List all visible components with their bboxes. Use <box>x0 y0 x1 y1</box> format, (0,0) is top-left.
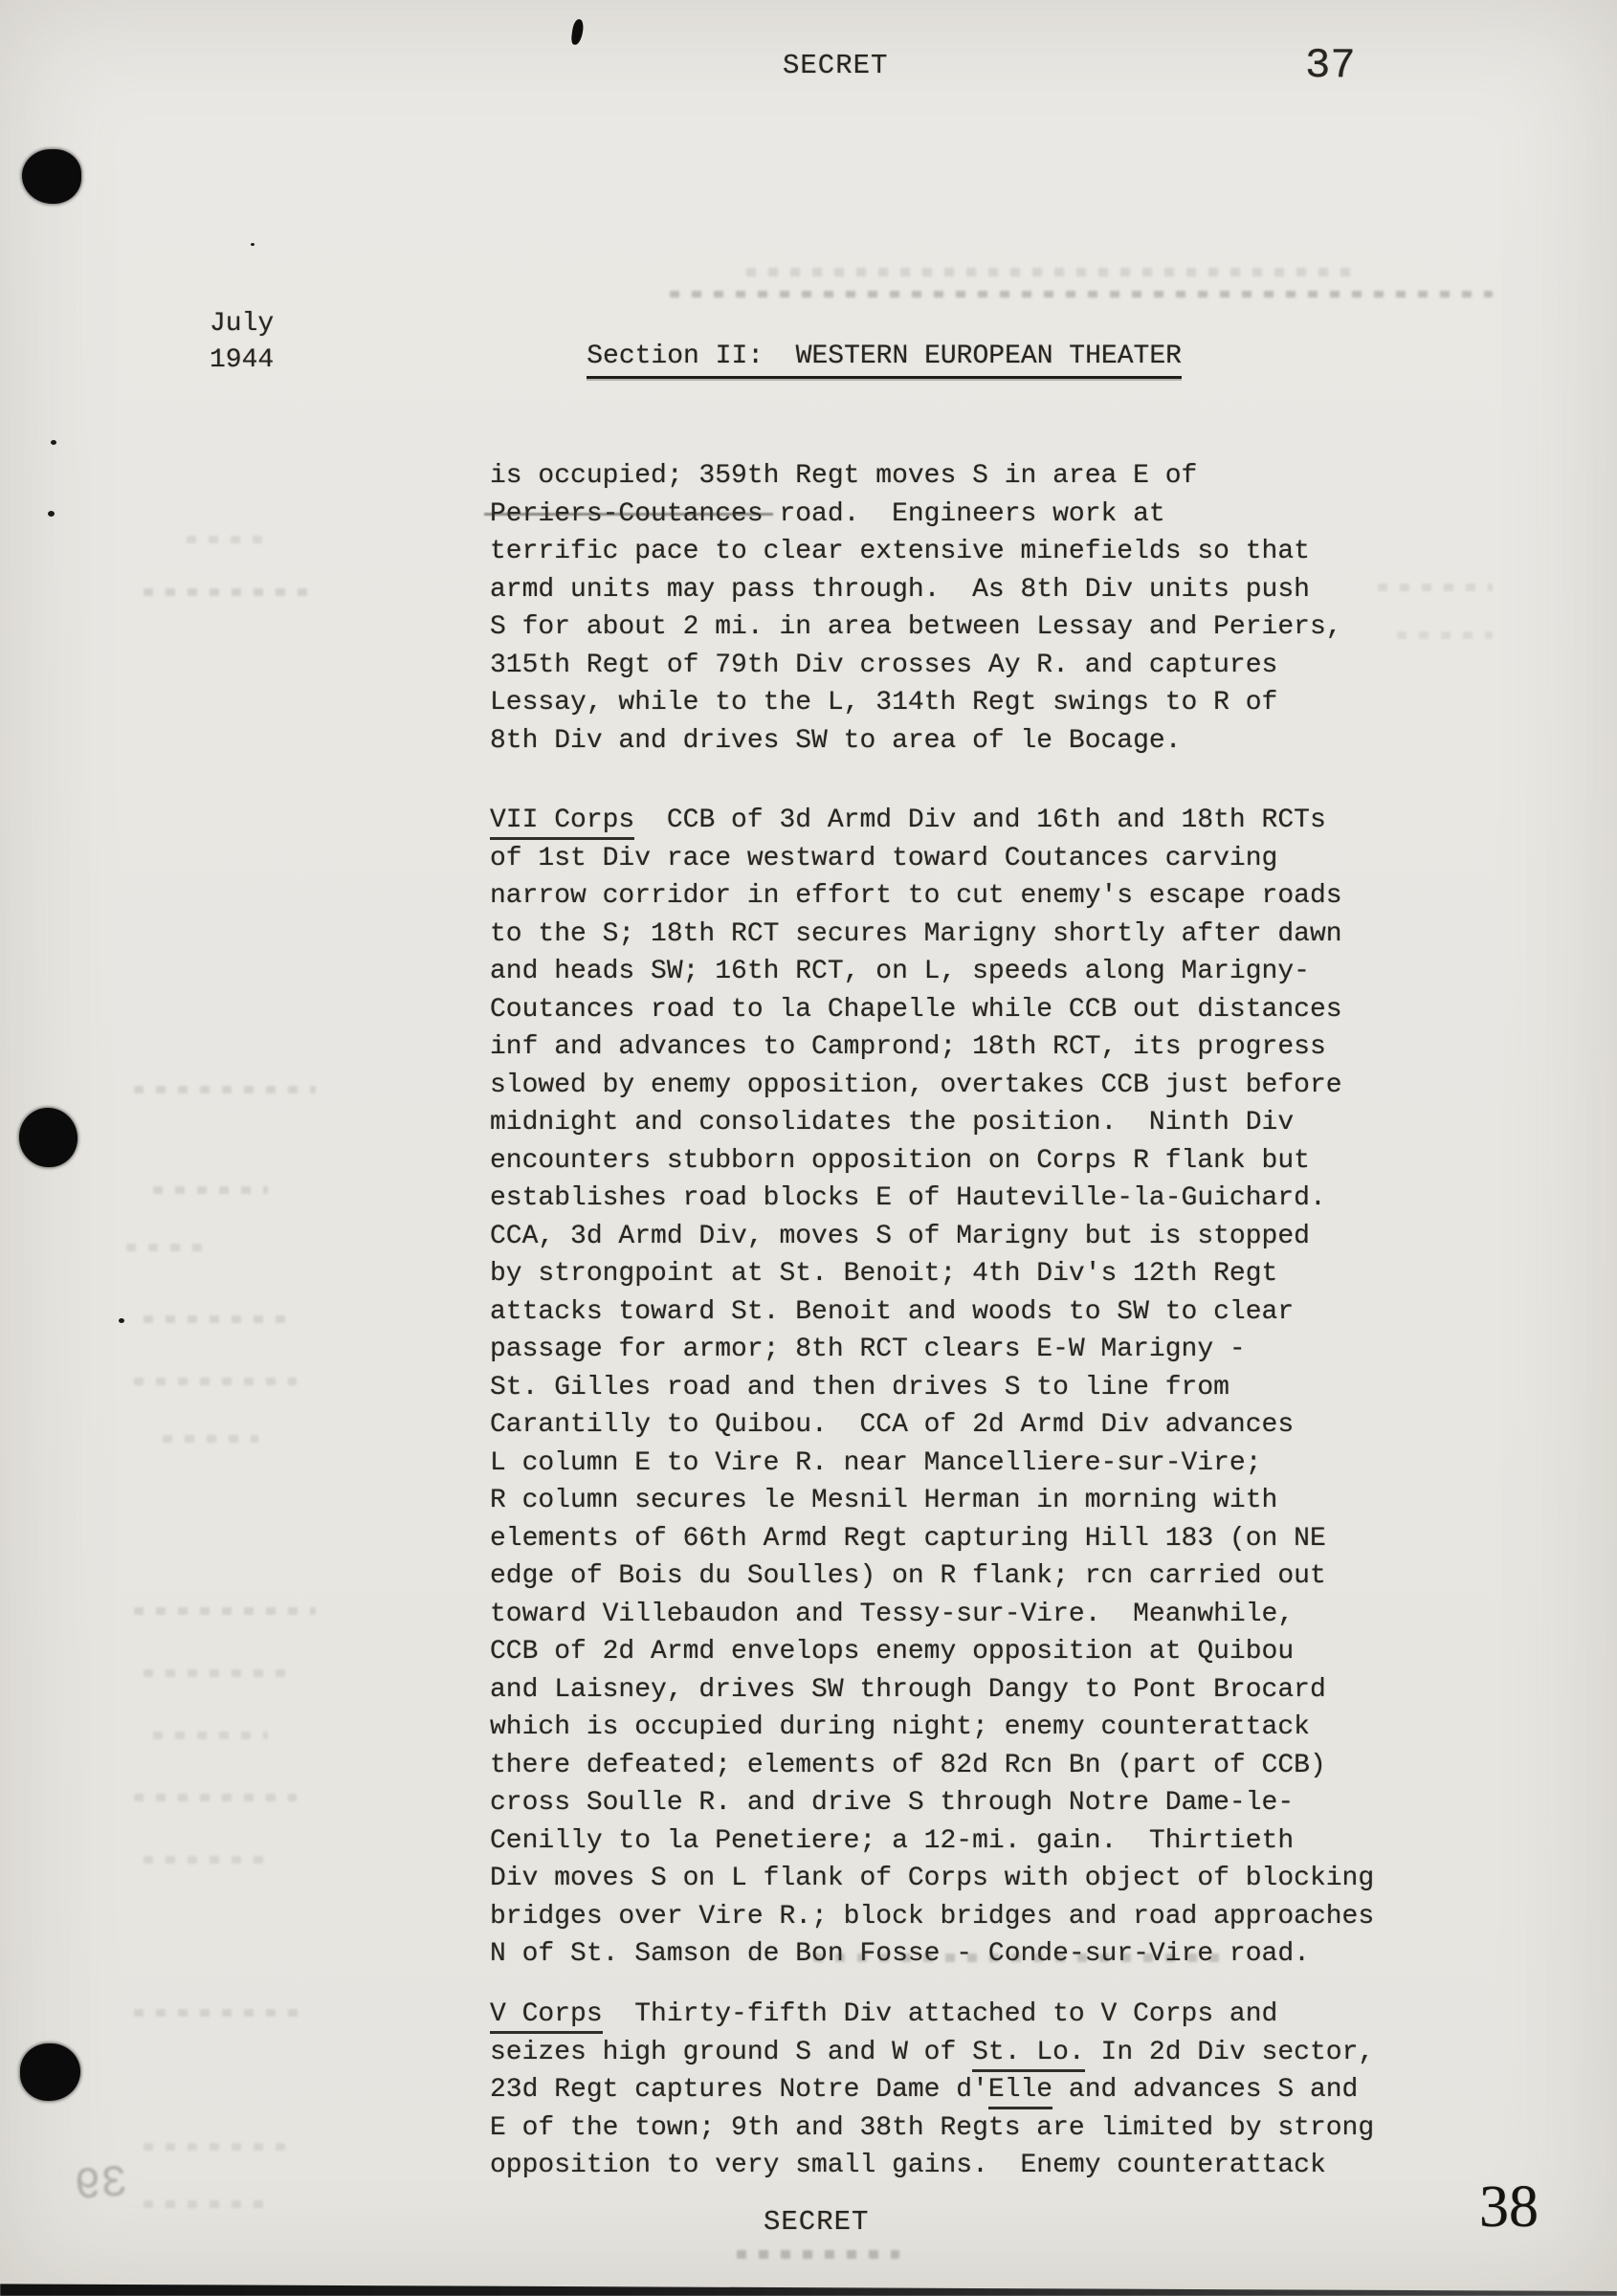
text-line: Coutances road to la Chapelle while CCB … <box>490 991 1374 1029</box>
bleed-through-artifact <box>144 1669 297 1677</box>
text-line: and heads SW; 16th RCT, on L, speeds alo… <box>490 953 1374 991</box>
text-line: 23d Regt captures Notre Dame d'Elle and … <box>490 2071 1374 2109</box>
bleed-through-artifact <box>134 1378 297 1385</box>
text-line: cross Soulle R. and drive S through Notr… <box>490 1784 1374 1822</box>
date-block: July 1944 <box>210 306 274 379</box>
bleed-through-artifact <box>144 2143 297 2151</box>
bleed-through-artifact <box>144 1856 268 1864</box>
text-line: 315th Regt of 79th Div crosses Ay R. and… <box>490 647 1342 685</box>
text-line: armd units may pass through. As 8th Div … <box>490 571 1342 609</box>
text-line: CCA, 3d Armd Div, moves S of Marigny but… <box>490 1218 1374 1256</box>
text-line: L column E to Vire R. near Mancelliere-s… <box>490 1445 1374 1483</box>
text-line: midnight and consolidates the position. … <box>490 1104 1374 1142</box>
bleed-through-artifact <box>134 1794 297 1801</box>
paragraph: V Corps Thirty-fifth Div attached to V C… <box>490 1996 1374 2185</box>
text-line: V Corps Thirty-fifth Div attached to V C… <box>490 1996 1374 2034</box>
text-line: is occupied; 359th Regt moves S in area … <box>490 457 1342 496</box>
footer-classification: SECRET <box>764 2206 869 2238</box>
bleed-through-artifact <box>144 2200 268 2208</box>
bleed-through-artifact <box>746 268 1359 276</box>
text-line: St. Gilles road and then drives S to lin… <box>490 1369 1374 1407</box>
text-line: passage for armor; 8th RCT clears E-W Ma… <box>490 1331 1374 1369</box>
document-page: SECRET 37 July 1944 Section II: WESTERN … <box>0 0 1617 2296</box>
bleed-through-artifact <box>126 1244 208 1251</box>
text-line: there defeated; elements of 82d Rcn Bn (… <box>490 1747 1374 1785</box>
date-month: July <box>210 306 274 342</box>
text-line: attacks toward St. Benoit and woods to S… <box>490 1293 1374 1332</box>
text-line: R column secures le Mesnil Herman in mor… <box>490 1482 1374 1520</box>
bleed-through-artifact <box>1378 584 1493 591</box>
text-line: of 1st Div race westward toward Coutance… <box>490 840 1374 878</box>
text-line: edge of Bois du Soulles) on R flank; rcn… <box>490 1557 1374 1596</box>
header-page-number: 37 <box>1305 42 1356 90</box>
bleed-through-artifact <box>134 2009 306 2017</box>
ink-mark <box>570 18 584 45</box>
text-line: Div moves S on L flank of Corps with obj… <box>490 1860 1374 1898</box>
text-line: narrow corridor in effort to cut enemy's… <box>490 877 1374 916</box>
punch-hole <box>22 149 81 204</box>
bleed-through-artifact <box>1397 631 1493 639</box>
ink-speck <box>251 243 255 246</box>
overstrike-artifact <box>484 513 773 516</box>
bleed-through-artifact <box>187 536 273 543</box>
text-line: seizes high ground S and W of St. Lo. In… <box>490 2034 1374 2072</box>
header-classification: SECRET <box>783 50 888 81</box>
text-line: elements of 66th Armd Regt capturing Hil… <box>490 1520 1374 1558</box>
ink-speck <box>119 1318 124 1323</box>
text-line: by strongpoint at St. Benoit; 4th Div's … <box>490 1255 1374 1293</box>
section-heading: Section II: WESTERN EUROPEAN THEATER <box>522 312 1182 401</box>
bleed-through-artifact <box>163 1435 258 1443</box>
paragraph: is occupied; 359th Regt moves S in area … <box>490 457 1342 760</box>
text-line: toward Villebaudon and Tessy-sur-Vire. M… <box>490 1596 1374 1634</box>
paragraph: VII Corps CCB of 3d Armd Div and 16th an… <box>490 802 1374 1974</box>
text-line: Cenilly to la Penetiere; a 12-mi. gain. … <box>490 1822 1374 1861</box>
bleed-through-artifact <box>813 1954 1225 1962</box>
text-line: slowed by enemy opposition, overtakes CC… <box>490 1067 1374 1105</box>
text-line: and Laisney, drives SW through Dangy to … <box>490 1671 1374 1710</box>
text-line: inf and advances to Camprond; 18th RCT, … <box>490 1028 1374 1067</box>
text-line: E of the town; 9th and 38th Regts are li… <box>490 2109 1374 2148</box>
text-line: S for about 2 mi. in area between Lessay… <box>490 608 1342 647</box>
ink-speck <box>48 511 55 517</box>
punch-hole <box>19 1108 78 1167</box>
bleed-through-artifact <box>134 1607 316 1615</box>
text-line: terrific pace to clear extensive minefie… <box>490 533 1342 571</box>
bleed-through-artifact <box>144 1315 287 1323</box>
bleed-through-page-number: 39 <box>73 2158 129 2212</box>
scan-edge-band <box>0 2279 1617 2296</box>
text-line: CCB of 2d Armd envelops enemy opposition… <box>490 1633 1374 1671</box>
ink-speck <box>51 440 56 445</box>
section-heading-text: Section II: WESTERN EUROPEAN THEATER <box>587 342 1182 379</box>
text-line: bridges over Vire R.; block bridges and … <box>490 1898 1374 1936</box>
bleed-through-artifact <box>153 1186 268 1194</box>
text-line: establishes road blocks E of Hauteville-… <box>490 1180 1374 1218</box>
text-line: encounters stubborn opposition on Corps … <box>490 1142 1374 1181</box>
date-year: 1944 <box>210 342 274 379</box>
footer-page-number: 38 <box>1479 2174 1539 2241</box>
text-line: which is occupied during night; enemy co… <box>490 1709 1374 1747</box>
bleed-through-artifact <box>670 291 1493 298</box>
punch-hole <box>20 2043 80 2101</box>
bleed-through-artifact <box>737 2250 899 2259</box>
text-line: 8th Div and drives SW to area of le Boca… <box>490 722 1342 761</box>
text-line: opposition to very small gains. Enemy co… <box>490 2147 1374 2185</box>
text-line: Carantilly to Quibou. CCA of 2d Armd Div… <box>490 1406 1374 1445</box>
text-line: VII Corps CCB of 3d Armd Div and 16th an… <box>490 802 1374 840</box>
text-line: Lessay, while to the L, 314th Regt swing… <box>490 684 1342 722</box>
bleed-through-artifact <box>134 1086 316 1093</box>
text-line: to the S; 18th RCT secures Marigny short… <box>490 916 1374 954</box>
bleed-through-artifact <box>144 588 316 596</box>
bleed-through-artifact <box>153 1732 268 1739</box>
